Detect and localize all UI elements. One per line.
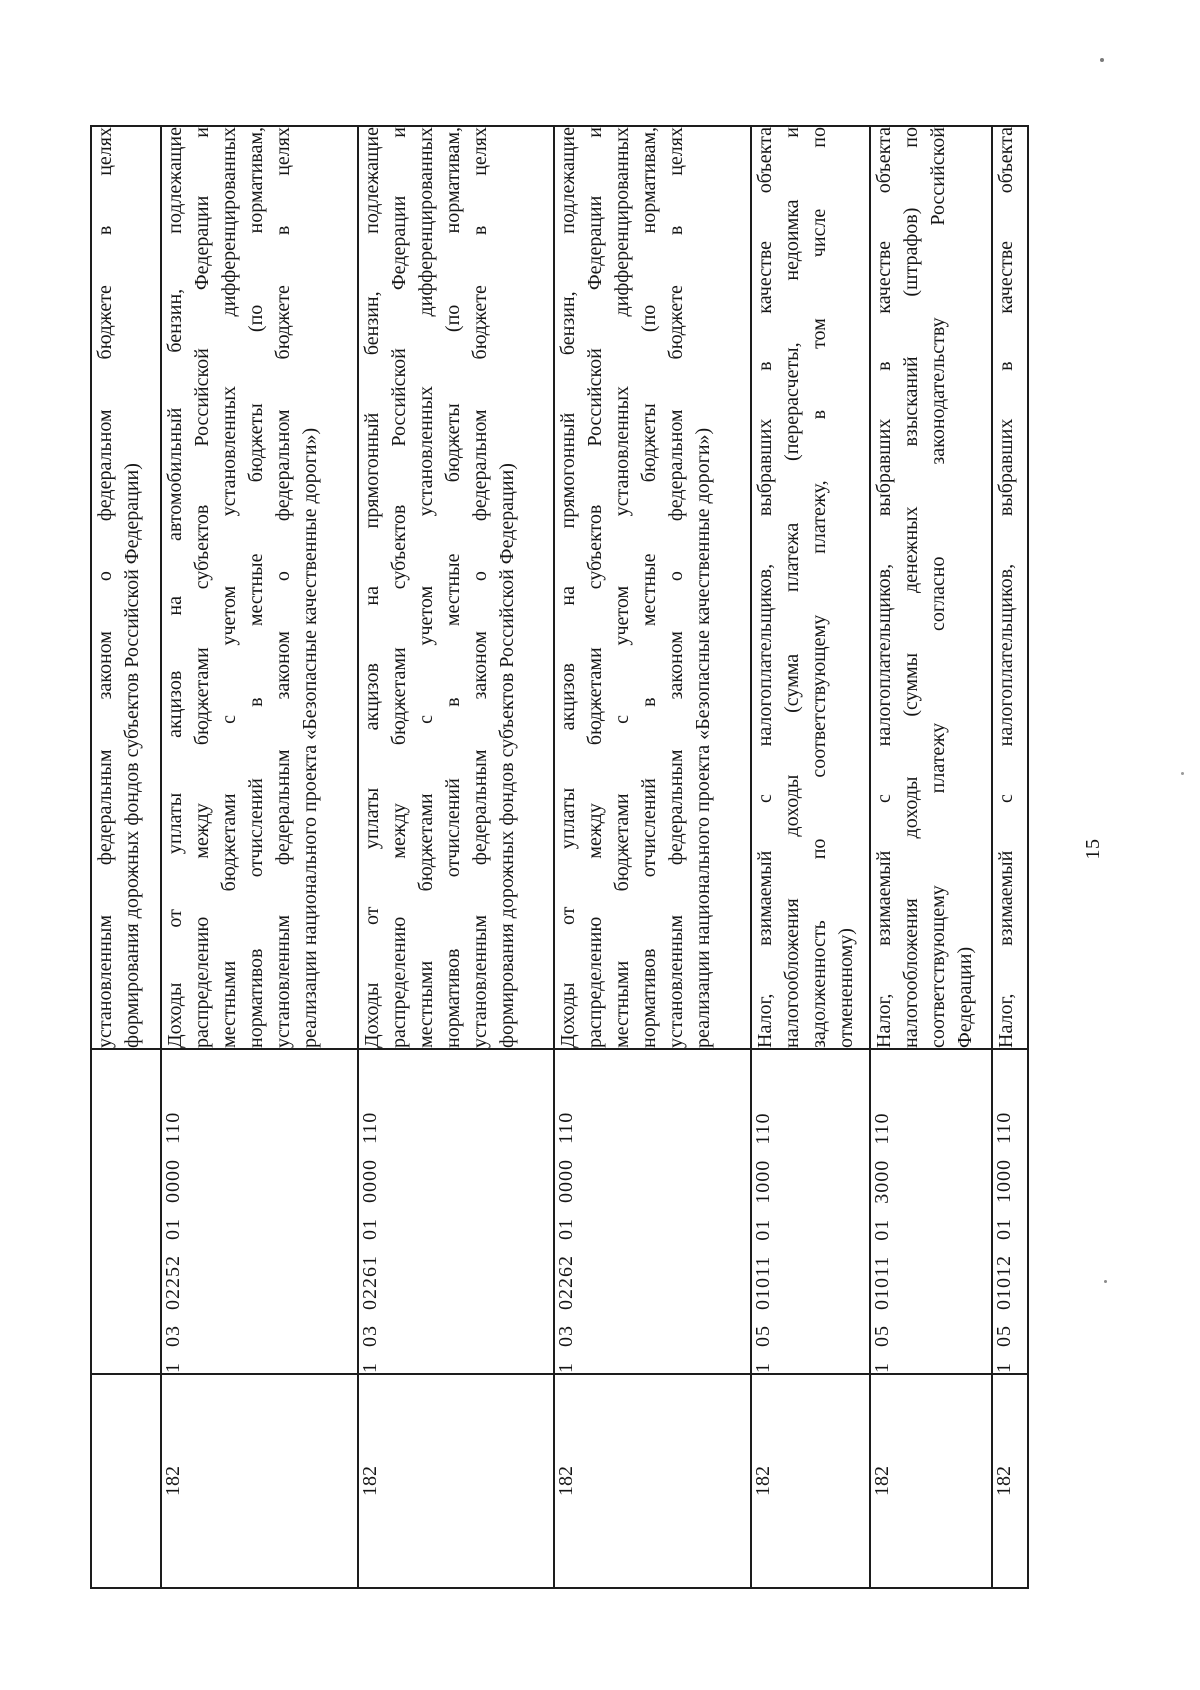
table-row: 182 1 05 01012 01 1000 110 Налог, взимае…: [992, 126, 1028, 1588]
table-row: 182 1 03 02261 01 0000 110 Доходы от упл…: [358, 126, 554, 1588]
name-line: формирования дорожных фондов субъектов Р…: [494, 127, 521, 1048]
income-name-cell: Налог, взимаемый с налогоплательщиков, в…: [751, 126, 870, 1049]
kbk-table: установленным федеральным законом о феде…: [90, 125, 1029, 1589]
name-line: Доходы от уплаты акцизов на автомобильны…: [162, 127, 189, 1048]
name-line: нормативов отчислений в местные бюджеты …: [243, 127, 270, 1048]
income-name-cell: Налог, взимаемый с налогоплательщиков, в…: [870, 126, 992, 1049]
table-row: 182 1 05 01011 01 1000 110 Налог, взимае…: [751, 126, 870, 1588]
name-line: соответствующему платежу согласно законо…: [925, 127, 952, 1048]
name-line: Налог, взимаемый с налогоплательщиков, в…: [752, 127, 779, 1048]
admin-code-cell: 182: [751, 1374, 870, 1588]
name-line: Доходы от уплаты акцизов на прямогонный …: [555, 127, 582, 1048]
admin-code-cell: 182: [554, 1374, 751, 1588]
name-line: установленным федеральным законом о феде…: [270, 127, 297, 1048]
name-line: Доходы от уплаты акцизов на прямогонный …: [359, 127, 386, 1048]
table-row: установленным федеральным законом о феде…: [91, 126, 161, 1588]
income-name-cell: установленным федеральным законом о феде…: [91, 126, 161, 1049]
name-line: распределению между бюджетами субъектов …: [582, 127, 609, 1048]
scanned-page: установленным федеральным законом о феде…: [0, 0, 1200, 1690]
scan-speck: [1181, 772, 1184, 775]
kbk-code-cell: 1 03 02262 01 0000 110: [554, 1049, 751, 1374]
admin-code-cell: 182: [870, 1374, 992, 1588]
name-line: установленным федеральным законом о феде…: [663, 127, 690, 1048]
name-line: реализации национального проекта «Безопа…: [297, 127, 324, 1048]
table-row: 182 1 03 02262 01 0000 110 Доходы от упл…: [554, 126, 751, 1588]
table-row: 182 1 03 02252 01 0000 110 Доходы от упл…: [161, 126, 358, 1588]
name-line: Налог, взимаемый с налогоплательщиков, в…: [993, 127, 1020, 1048]
kbk-code-cell: 1 03 02252 01 0000 110: [161, 1049, 358, 1374]
income-name-cell: Доходы от уплаты акцизов на прямогонный …: [358, 126, 554, 1049]
income-name-cell: Налог, взимаемый с налогоплательщиков, в…: [992, 126, 1028, 1049]
admin-code-cell: [91, 1374, 161, 1588]
kbk-code-cell: 1 03 02261 01 0000 110: [358, 1049, 554, 1374]
income-name-cell: Доходы от уплаты акцизов на автомобильны…: [161, 126, 358, 1049]
name-line: Налог, взимаемый с налогоплательщиков, в…: [871, 127, 898, 1048]
name-line: нормативов отчислений в местные бюджеты …: [636, 127, 663, 1048]
name-line: распределению между бюджетами субъектов …: [189, 127, 216, 1048]
name-line: формирования дорожных фондов субъектов Р…: [119, 127, 146, 1048]
name-line: реализации национального проекта «Безопа…: [690, 127, 717, 1048]
scan-speck: [1100, 58, 1104, 62]
name-line: установленным федеральным законом о феде…: [92, 127, 119, 1048]
name-line: отмененному): [833, 127, 860, 1048]
name-line: установленным федеральным законом о феде…: [467, 127, 494, 1048]
name-line: местными бюджетами с учетом установленны…: [413, 127, 440, 1048]
name-line: местными бюджетами с учетом установленны…: [609, 127, 636, 1048]
admin-code-cell: 182: [358, 1374, 554, 1588]
admin-code-cell: 182: [992, 1374, 1028, 1588]
kbk-code-cell: 1 05 01011 01 3000 110: [870, 1049, 992, 1374]
rotated-sheet: установленным федеральным законом о феде…: [0, 0, 1200, 1690]
scan-speck: [1104, 1280, 1107, 1283]
kbk-code-cell: 1 05 01011 01 1000 110: [751, 1049, 870, 1374]
kbk-code-cell: [91, 1049, 161, 1374]
income-name-cell: Доходы от уплаты акцизов на прямогонный …: [554, 126, 751, 1049]
name-line: налогообложения доходы (суммы денежных в…: [898, 127, 925, 1048]
kbk-code-cell: 1 05 01012 01 1000 110: [992, 1049, 1028, 1374]
page-number: 15: [1082, 814, 1105, 884]
name-line: местными бюджетами с учетом установленны…: [216, 127, 243, 1048]
name-line: задолженность по соответствующему платеж…: [806, 127, 833, 1048]
name-line: распределению между бюджетами субъектов …: [386, 127, 413, 1048]
table-row: 182 1 05 01011 01 3000 110 Налог, взимае…: [870, 126, 992, 1588]
admin-code-cell: 182: [161, 1374, 358, 1588]
name-line: налогообложения доходы (сумма платежа (п…: [779, 127, 806, 1048]
name-line: нормативов отчислений в местные бюджеты …: [440, 127, 467, 1048]
name-line: Федерации): [952, 127, 979, 1048]
